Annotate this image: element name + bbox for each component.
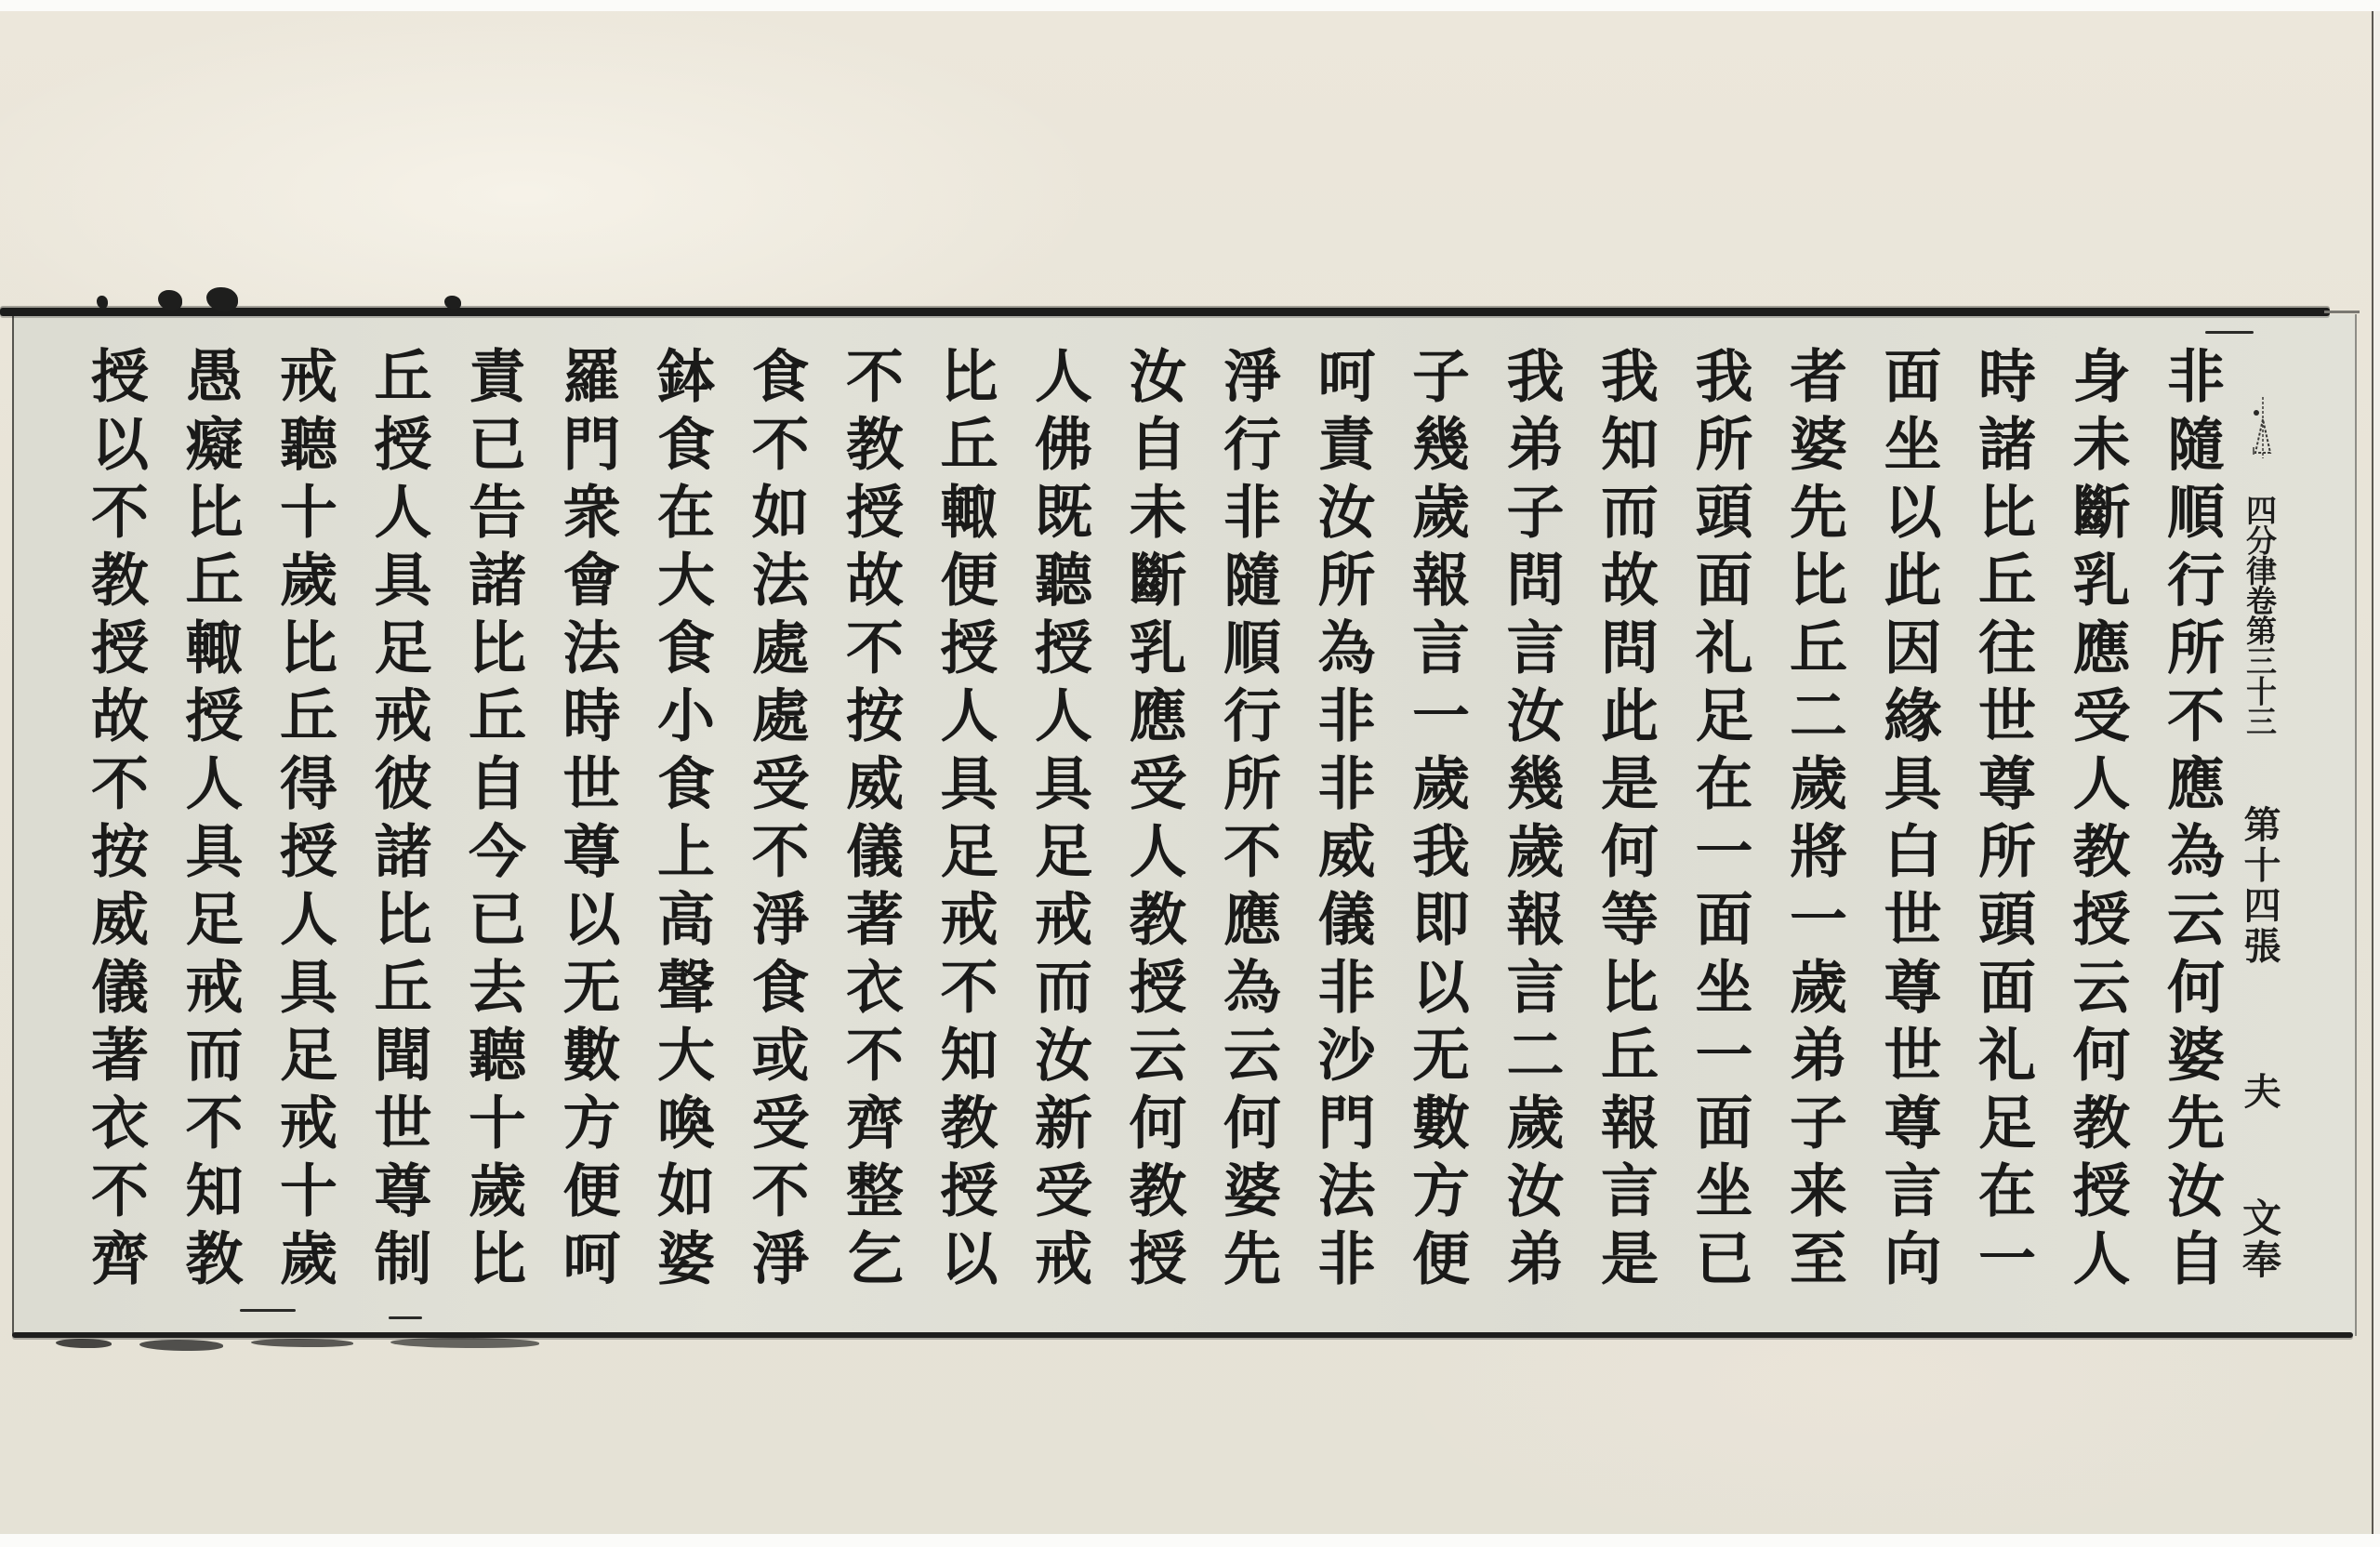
text-column-1: 非隨順行所不應為云何婆先汝自 [2144,346,2239,1303]
page-edge-strip [2373,11,2380,1534]
text-column-5: 者婆先比丘二歲將一歲弟子来至 [1766,346,1861,1303]
ink-blot [158,290,182,311]
text-column-7: 我知而故問此是何等比丘報言是 [1578,346,1673,1303]
print-dash [240,1309,296,1312]
text-column-11: 淨行非隨順行所不應為云何婆先 [1200,346,1295,1303]
text-column-21: 戒聽十歲比丘得授人具足戒十歲 [257,346,351,1303]
frame-bottom-rule [12,1332,2353,1338]
text-column-10: 呵責汝所為非非威儀非沙門法非 [1295,346,1390,1303]
text-column-16: 食不如法處處受不淨食或受不淨 [729,346,824,1303]
margin-volume-title: 四分律卷第三十三 [2241,495,2278,735]
text-column-15: 不教授故不按威儀著衣不齊整乞 [823,346,918,1303]
main-text-block: 非隨順行所不應為云何婆先汝自 身未斷乳應受人教授云何教授人 時諸比丘往世尊所頭面… [68,346,2239,1303]
text-column-3: 時諸比丘往世尊所頭面礼足在一 [1955,346,2050,1303]
text-column-19: 責已告諸比丘自今已去聽十歲比 [445,346,540,1303]
text-column-13: 人佛既聽授人具足戒而汝新受戒 [1011,346,1106,1303]
margin-carver-mark-lower: 文奉 [2241,1197,2278,1281]
margin-leaf-number: 第十四張 [2241,805,2278,967]
print-dash [2205,331,2254,334]
text-column-8: 我弟子問言汝幾歲報言二歲汝弟 [1484,346,1579,1303]
text-column-18: 羅門衆會法時世尊以无數方便呵 [540,346,635,1303]
text-column-23: 授以不教授故不按威儀著衣不齊 [68,346,163,1303]
text-column-4: 面坐以此因緣具白世尊世尊言向 [1861,346,1956,1303]
text-column-9: 子幾歲報言一歲我即以无數方便 [1389,346,1484,1303]
text-column-22: 愚癡比丘輙授人具足戒而不知教 [163,346,258,1303]
fishtail-mark-icon [2248,397,2276,460]
text-column-17: 鉢食在大食小食上高聲大喚如婆 [634,346,729,1303]
text-column-14: 比丘輙便授人具足戒不知教授以 [918,346,1012,1303]
text-column-2: 身未斷乳應受人教授云何教授人 [2050,346,2145,1303]
text-column-12: 汝自未斷乳應受人教授云何教授 [1106,346,1201,1303]
frame-top-rule [0,308,2330,316]
ink-blot [444,296,461,310]
ink-blot [97,296,108,309]
frame-top-rule-tail [2324,311,2360,313]
text-column-20: 丘授人具足戒彼諸比丘聞世尊制 [351,346,446,1303]
margin-carver-mark-upper: 夫 [2241,1072,2278,1109]
print-dash [389,1316,422,1319]
text-column-6: 我所頭面礼足在一面坐一面坐已 [1673,346,1767,1303]
